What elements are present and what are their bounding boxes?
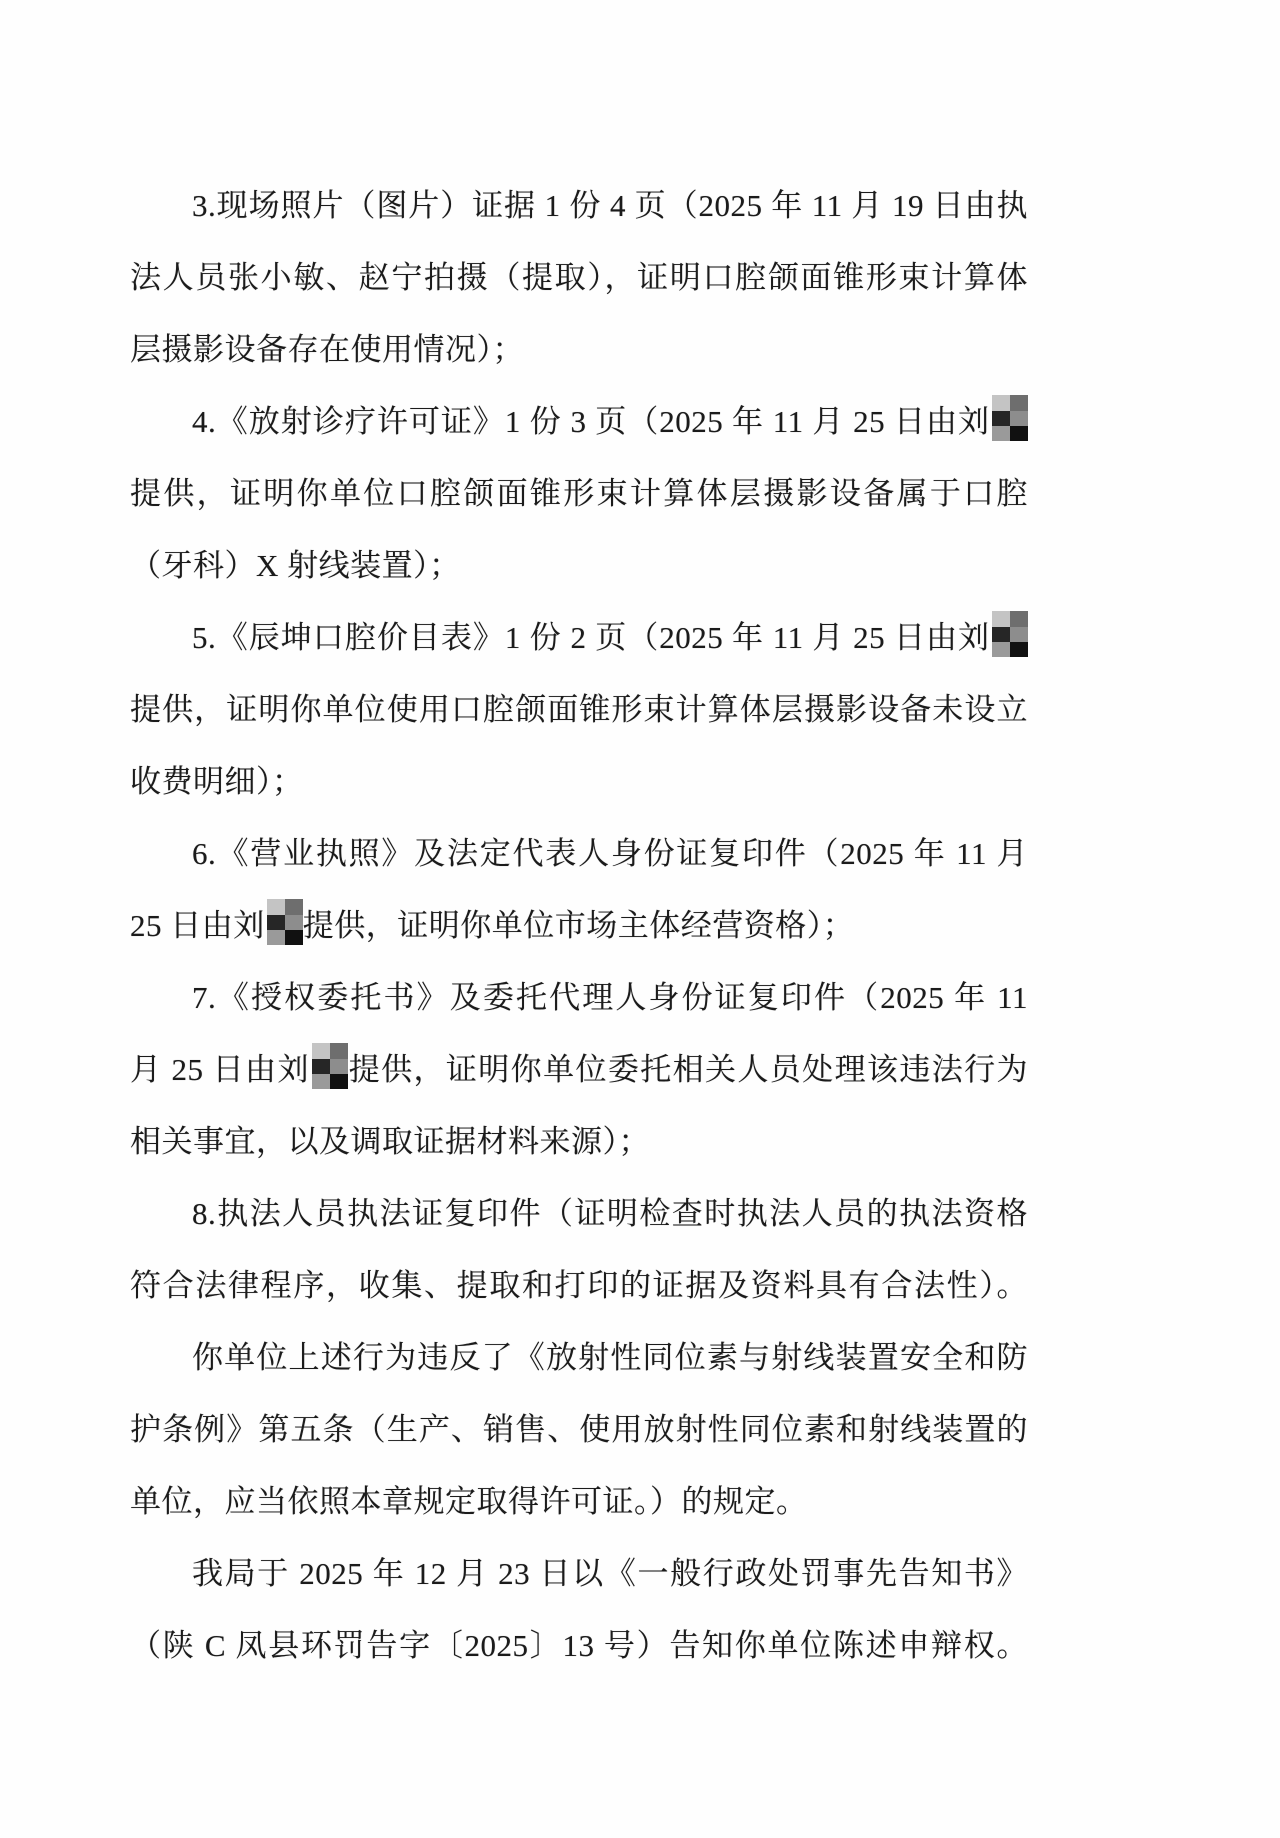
document-line: 提供，证明你单位使用口腔颌面锥形束计算体层摄影设备未设立 <box>130 674 1028 746</box>
document-line: 单位，应当依照本章规定取得许可证。）的规定。 <box>130 1466 1028 1538</box>
document-line: 6.《营业执照》及法定代表人身份证复印件（2025 年 11 月 <box>130 818 1028 890</box>
document-line: 7.《授权委托书》及委托代理人身份证复印件（2025 年 11 <box>130 962 1028 1034</box>
document-line: 4.《放射诊疗许可证》1 份 3 页（2025 年 11 月 25 日由刘 <box>130 386 1028 458</box>
document-line: 护条例》第五条（生产、销售、使用放射性同位素和射线装置的 <box>130 1394 1028 1466</box>
redacted-name-mosaic <box>312 1043 348 1089</box>
document-line: 我局于 2025 年 12 月 23 日以《一般行政处罚事先告知书》 <box>130 1538 1028 1610</box>
document-line: 3.现场照片（图片）证据 1 份 4 页（2025 年 11 月 19 日由执 <box>130 170 1028 242</box>
document-line: 法人员张小敏、赵宁拍摄（提取），证明口腔颌面锥形束计算体 <box>130 242 1028 314</box>
paragraph-evidence-item-5: 5.《辰坤口腔价目表》1 份 2 页（2025 年 11 月 25 日由刘提供，… <box>130 602 1028 818</box>
redacted-name-mosaic <box>992 395 1028 441</box>
document-line: （陕 C 凤县环罚告字〔2025〕13 号）告知你单位陈述申辩权。 <box>130 1610 1028 1682</box>
document-line: 25 日由刘提供，证明你单位市场主体经营资格）； <box>130 890 1028 962</box>
document-line: （牙科）X 射线装置）； <box>130 530 1028 602</box>
paragraph-evidence-item-7: 7.《授权委托书》及委托代理人身份证复印件（2025 年 11月 25 日由刘提… <box>130 962 1028 1178</box>
paragraph-evidence-item-8: 8.执法人员执法证复印件（证明检查时执法人员的执法资格符合法律程序，收集、提取和… <box>130 1178 1028 1322</box>
document-line: 8.执法人员执法证复印件（证明检查时执法人员的执法资格 <box>130 1178 1028 1250</box>
paragraph-evidence-item-4: 4.《放射诊疗许可证》1 份 3 页（2025 年 11 月 25 日由刘提供，… <box>130 386 1028 602</box>
paragraph-evidence-item-6: 6.《营业执照》及法定代表人身份证复印件（2025 年 11 月25 日由刘提供… <box>130 818 1028 962</box>
paragraph-evidence-item-3: 3.现场照片（图片）证据 1 份 4 页（2025 年 11 月 19 日由执法… <box>130 170 1028 386</box>
paragraph-prior-notice-statement: 我局于 2025 年 12 月 23 日以《一般行政处罚事先告知书》（陕 C 凤… <box>130 1538 1028 1682</box>
document-text-block: 3.现场照片（图片）证据 1 份 4 页（2025 年 11 月 19 日由执法… <box>130 170 1028 1682</box>
redacted-name-mosaic <box>267 899 303 945</box>
document-line: 相关事宜，以及调取证据材料来源）； <box>130 1106 1028 1178</box>
document-page: 3.现场照片（图片）证据 1 份 4 页（2025 年 11 月 19 日由执法… <box>0 0 1280 1838</box>
document-line: 提供，证明你单位口腔颌面锥形束计算体层摄影设备属于口腔 <box>130 458 1028 530</box>
document-line: 月 25 日由刘提供，证明你单位委托相关人员处理该违法行为 <box>130 1034 1028 1106</box>
document-line: 符合法律程序，收集、提取和打印的证据及资料具有合法性）。 <box>130 1250 1028 1322</box>
document-line: 收费明细）； <box>130 746 1028 818</box>
paragraph-violation-statement: 你单位上述行为违反了《放射性同位素与射线装置安全和防护条例》第五条（生产、销售、… <box>130 1322 1028 1538</box>
redacted-name-mosaic <box>992 611 1028 657</box>
document-line: 层摄影设备存在使用情况）； <box>130 314 1028 386</box>
document-line: 你单位上述行为违反了《放射性同位素与射线装置安全和防 <box>130 1322 1028 1394</box>
document-line: 5.《辰坤口腔价目表》1 份 2 页（2025 年 11 月 25 日由刘 <box>130 602 1028 674</box>
